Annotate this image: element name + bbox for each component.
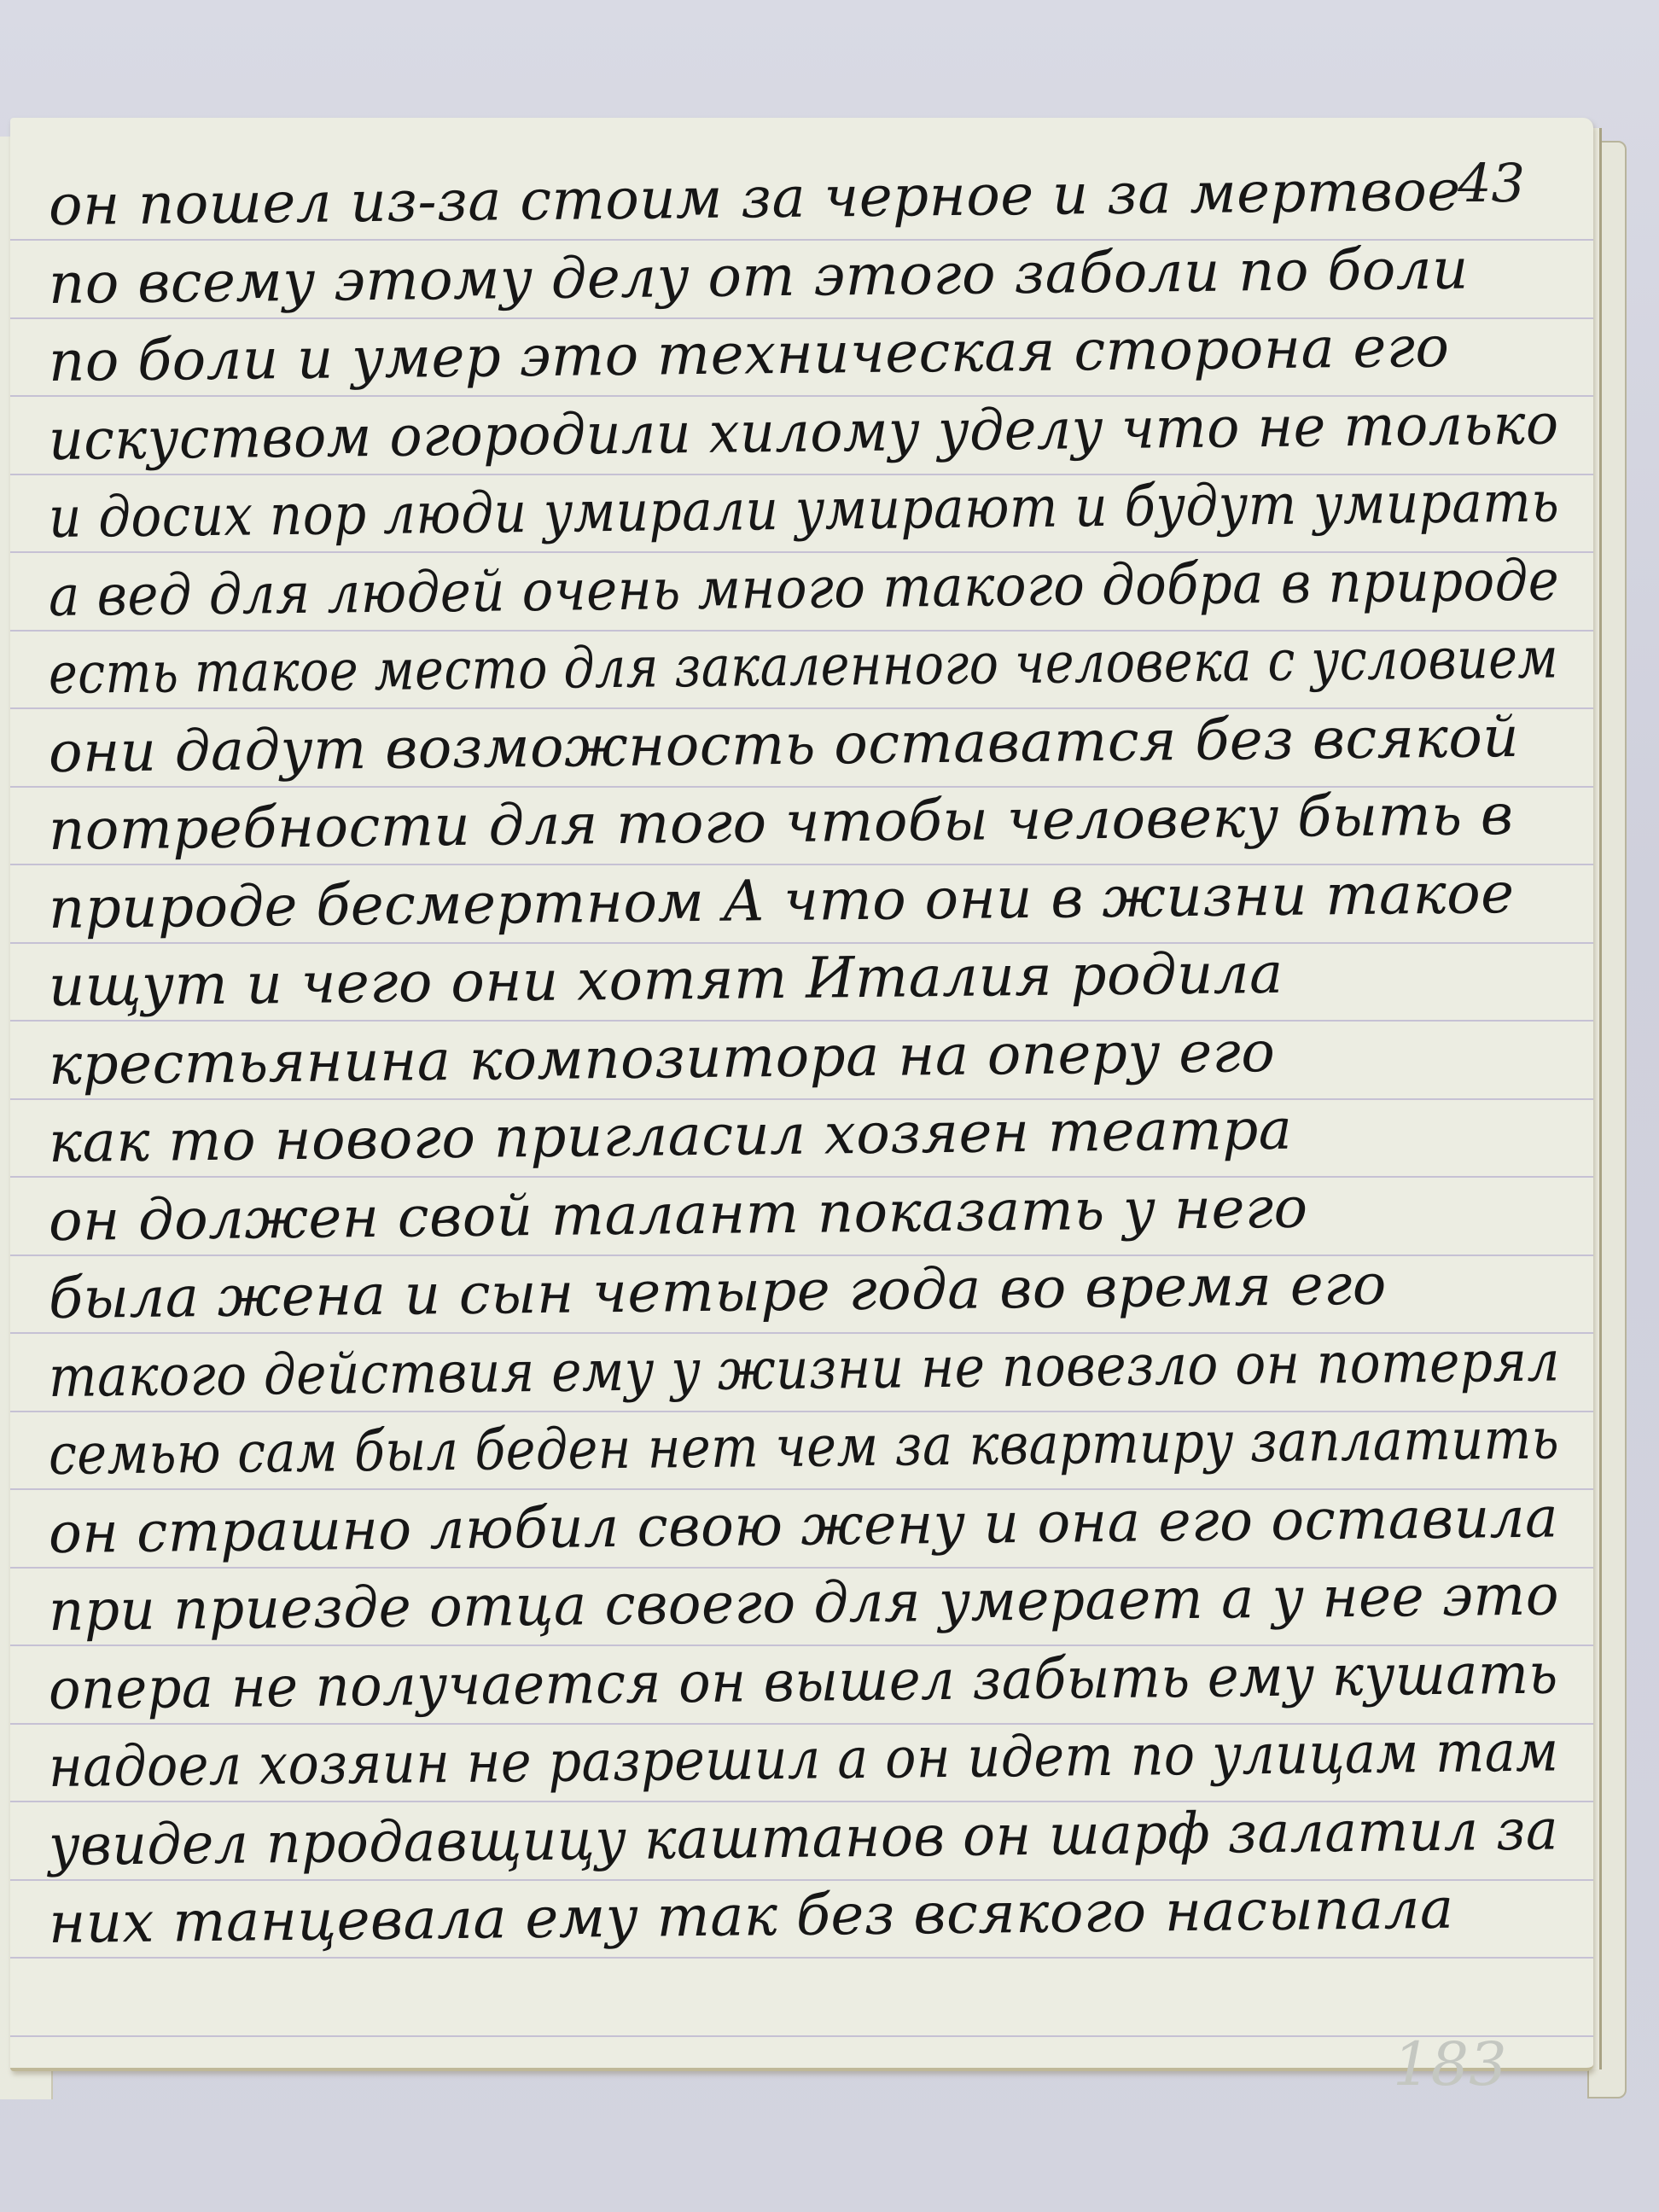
ruled-line <box>10 1801 1593 1802</box>
handwritten-line: надоел хозяин не разрешил а он идет по у… <box>49 1725 1435 1796</box>
ruled-line <box>10 1411 1593 1412</box>
ruled-line <box>10 1176 1593 1178</box>
handwritten-line: потребности для того чтобы человеку быть… <box>49 786 1559 859</box>
handwritten-line: он пошел из-за стоим за черное и за мерт… <box>49 161 1559 234</box>
ruled-line <box>10 1332 1593 1334</box>
ruled-line <box>10 942 1593 944</box>
handwritten-line: он должен свой талант показать у него <box>49 1177 1559 1249</box>
handwritten-line: семью сам был беден нет чем за квартиру … <box>49 1412 1400 1483</box>
ruled-line <box>10 1957 1593 1959</box>
ruled-line <box>10 864 1593 865</box>
ruled-line <box>10 395 1593 397</box>
ruled-line <box>10 707 1593 709</box>
handwritten-line: по всему этому делу от этого заболи по б… <box>49 240 1559 312</box>
ruled-line <box>10 2035 1593 2037</box>
handwritten-line: они дадут возможность оставатся без всяк… <box>49 708 1559 781</box>
ruled-line <box>10 317 1593 319</box>
ruled-line <box>10 1723 1593 1725</box>
ruled-line <box>10 1098 1593 1100</box>
ruled-line <box>10 1020 1593 1022</box>
handwritten-line: при приезде отца своего для умерает а у … <box>49 1568 1528 1639</box>
bleed-through-mark: 183 <box>1393 2029 1507 2099</box>
handwritten-line: он страшно любил свою жену и она его ост… <box>49 1489 1532 1561</box>
ruled-line <box>10 1567 1593 1569</box>
handwritten-line: такого действия ему у жизни не повезло о… <box>49 1335 1423 1406</box>
ruled-line <box>10 1879 1593 1881</box>
ruled-line <box>10 1644 1593 1646</box>
ruled-line <box>10 630 1593 632</box>
handwritten-line: ищут и чего они хотят Италия родила <box>49 942 1559 1015</box>
ruled-line <box>10 1254 1593 1256</box>
handwritten-line: и досих пор люди умирали умирают и будут… <box>49 475 1421 546</box>
handwritten-line: увидел продавщицу каштанов он шарф залат… <box>49 1802 1501 1874</box>
handwritten-line: была жена и сын четыре года во время его <box>49 1254 1559 1327</box>
handwritten-line: искуством огородили хилому уделу что не … <box>49 397 1509 469</box>
notebook-page: 43 он пошел из-за стоим за черное и за м… <box>10 118 1593 2071</box>
ruled-line <box>10 551 1593 553</box>
handwritten-line: а вед для людей очень много такого добра… <box>49 553 1450 624</box>
handwritten-line: природе бесмертном А что они в жизни так… <box>49 864 1559 937</box>
handwritten-line: как то нового пригласил хозяен театра <box>49 1098 1559 1171</box>
handwritten-line: крестьянина композитора на оперу его <box>49 1021 1559 1093</box>
handwritten-line: опера не получается он вышел забыть ему … <box>49 1646 1480 1718</box>
handwritten-line: есть такое место для закаленного человек… <box>49 632 1360 702</box>
ruled-line <box>10 786 1593 788</box>
handwritten-line: них танцевала ему так без всякого насыпа… <box>49 1879 1559 1952</box>
ruled-line <box>10 239 1593 241</box>
ruled-line <box>10 474 1593 475</box>
handwritten-line: по боли и умер это техническая сторона е… <box>49 317 1559 390</box>
ruled-line <box>10 1488 1593 1490</box>
